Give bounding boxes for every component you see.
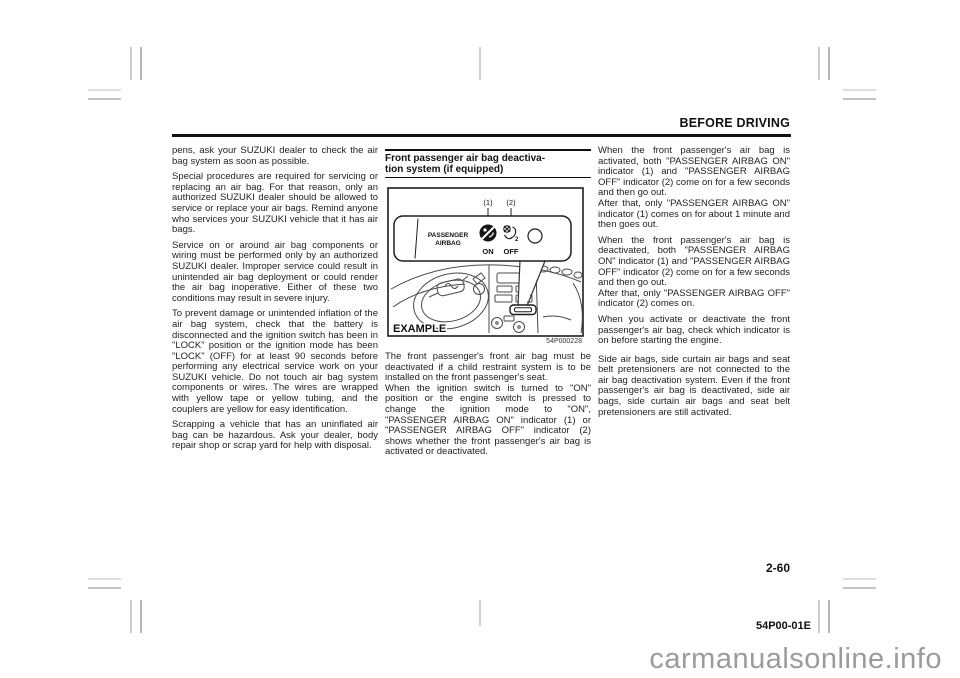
page-header: BEFORE DRIVING	[680, 116, 790, 130]
crop-mark	[88, 578, 121, 580]
doc-code: 54P00-01E	[756, 620, 811, 632]
column-2: Front passenger air bag deactiva- tion s…	[385, 149, 591, 463]
panel-text-airbag: AIRBAG	[435, 240, 461, 247]
figure-code: 54P000228	[385, 338, 591, 346]
indicator-2-label: (2)	[506, 198, 516, 207]
crop-mark	[140, 600, 142, 633]
paragraph: After that, only "PASSENGER AIRBAG ON" i…	[598, 199, 790, 231]
crop-mark	[88, 587, 121, 589]
crop-mark	[818, 600, 820, 633]
column-1: pens, ask your SUZUKI dealer to check th…	[172, 146, 378, 457]
paragraph: When the ignition switch is turned to "O…	[385, 384, 591, 458]
manual-page: { "page": { "header": "BEFORE DRIVING", …	[0, 0, 960, 678]
crop-mark	[818, 47, 820, 80]
paragraph: Special procedures are required for serv…	[172, 172, 378, 236]
airbag-on-icon	[480, 225, 497, 242]
paragraph: pens, ask your SUZUKI dealer to check th…	[172, 146, 378, 167]
paragraph: Side air bags, side curtain air bags and…	[598, 355, 790, 419]
crop-mark	[828, 47, 830, 80]
paragraph: Service on or around air bag components …	[172, 241, 378, 305]
header-rule	[172, 134, 791, 137]
figure-airbag-deactivation: (1) (2) PASSENGER AIRBAG 2 ON O	[385, 185, 591, 346]
paragraph: When the front passenger's air bag is ac…	[598, 146, 790, 199]
crop-mark	[843, 578, 876, 580]
indicator-1-label: (1)	[483, 198, 493, 207]
crop-mark	[130, 600, 132, 633]
crop-mark	[828, 600, 830, 633]
airbag-switch	[510, 305, 536, 315]
paragraph: When the front passenger's air bag is de…	[598, 236, 790, 289]
column-3: When the front passenger's air bag is ac…	[598, 146, 790, 423]
watermark: carmanualsonline.info	[649, 643, 942, 676]
panel-text-passenger: PASSENGER	[428, 232, 469, 239]
crop-mark	[479, 47, 481, 80]
on-label: ON	[482, 247, 493, 256]
example-label: EXAMPLE	[393, 323, 446, 335]
crop-mark	[88, 98, 121, 100]
paragraph: When you activate or deactivate the fron…	[598, 315, 790, 347]
crop-mark	[843, 89, 876, 91]
section-heading: Front passenger air bag deactiva- tion s…	[385, 149, 591, 178]
figure-canvas: (1) (2) PASSENGER AIRBAG 2 ON O	[385, 185, 592, 338]
panel-button	[528, 229, 542, 243]
figure-frame	[388, 188, 583, 336]
paragraph: Scrapping a vehicle that has an uninflat…	[172, 420, 378, 452]
section-heading-line2: tion system (if equipped)	[385, 164, 591, 175]
crop-mark	[843, 587, 876, 589]
paragraph: After that, only "PASSENGER AIRBAG OFF" …	[598, 289, 790, 310]
off-label: OFF	[504, 247, 519, 256]
crop-mark	[130, 47, 132, 80]
paragraph: To prevent damage or unintended inflatio…	[172, 309, 378, 415]
crop-mark	[140, 47, 142, 80]
crop-mark	[843, 98, 876, 100]
column-2-text: The front passenger's front air bag must…	[385, 352, 591, 458]
crop-mark	[88, 89, 121, 91]
page-number: 2-60	[766, 561, 790, 575]
paragraph: The front passenger's front air bag must…	[385, 352, 591, 384]
crop-mark	[479, 600, 481, 626]
section-heading-line1: Front passenger air bag deactiva-	[385, 153, 591, 164]
